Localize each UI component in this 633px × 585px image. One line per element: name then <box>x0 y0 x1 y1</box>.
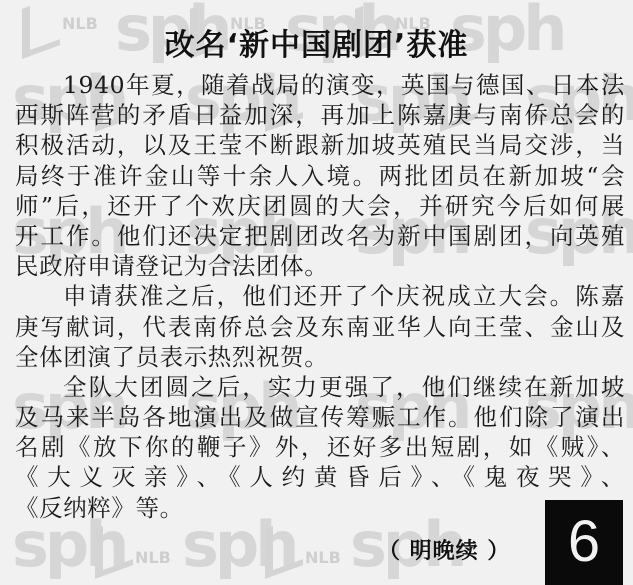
text-line: 申请获准之后，他们还开了个庆祝成立大会。陈嘉 <box>15 281 625 311</box>
text-line: 全体团演了员表示热烈祝贺。 <box>15 342 625 372</box>
newspaper-article: 改名‘新中国剧团’获准 1940年夏，随着战局的演变，英国与德国、日本法 西斯阵… <box>0 0 633 585</box>
text-line: 名剧《放下你的鞭子》外，还好多出短剧，如《贼》、 <box>15 432 625 462</box>
text-line: 及马来半岛各地演出及做宣传筹赈工作。他们除了演出 <box>15 402 625 432</box>
paragraph-2: 申请获准之后，他们还开了个庆祝成立大会。陈嘉 庚写献词，代表南侨总会及东南亚华人… <box>15 281 625 372</box>
page-number-box: 6 <box>545 500 623 585</box>
text-line: 民政府申请登记为合法团体。 <box>15 251 625 281</box>
text-line: 全队大团圆之后，实力更强了，他们继续在新加坡 <box>15 372 625 402</box>
paragraph-1: 1940年夏，随着战局的演变，英国与德国、日本法 西斯阵营的矛盾日益加深，再加上… <box>15 70 625 281</box>
text-line: 开工作。他们还决定把剧团改名为新中国剧团，向英殖 <box>15 221 625 251</box>
text-line: 1940年夏，随着战局的演变，英国与德国、日本法 <box>15 70 625 100</box>
text-line: 局终于准许金山等十余人入境。两批团员在新加坡“会 <box>15 161 625 191</box>
text-line: 师”后，还开了个欢庆团圆的大会，并研究今后如何展 <box>15 191 625 221</box>
text-line: 西斯阵营的矛盾日益加深，再加上陈嘉庚与南侨总会的 <box>15 100 625 130</box>
paragraph-3: 全队大团圆之后，实力更强了，他们继续在新加坡 及马来半岛各地演出及做宣传筹赈工作… <box>15 372 625 523</box>
continued-tomorrow-note: （ 明晚续 ） <box>378 534 510 565</box>
text-line: 庚写献词，代表南侨总会及东南亚华人向王莹、金山及 <box>15 312 625 342</box>
text-line: 《反纳粹》等。 <box>15 493 625 523</box>
text-line: 积极活动，以及王莹不断跟新加坡英殖民当局交涉，当 <box>15 130 625 160</box>
article-body: 1940年夏，随着战局的演变，英国与德国、日本法 西斯阵营的矛盾日益加深，再加上… <box>15 70 625 523</box>
article-headline: 改名‘新中国剧团’获准 <box>0 20 633 64</box>
page-number: 6 <box>545 508 623 575</box>
text-line: 《大义灭亲》、《人约黄昏后》、《鬼夜哭》、 <box>15 462 625 492</box>
